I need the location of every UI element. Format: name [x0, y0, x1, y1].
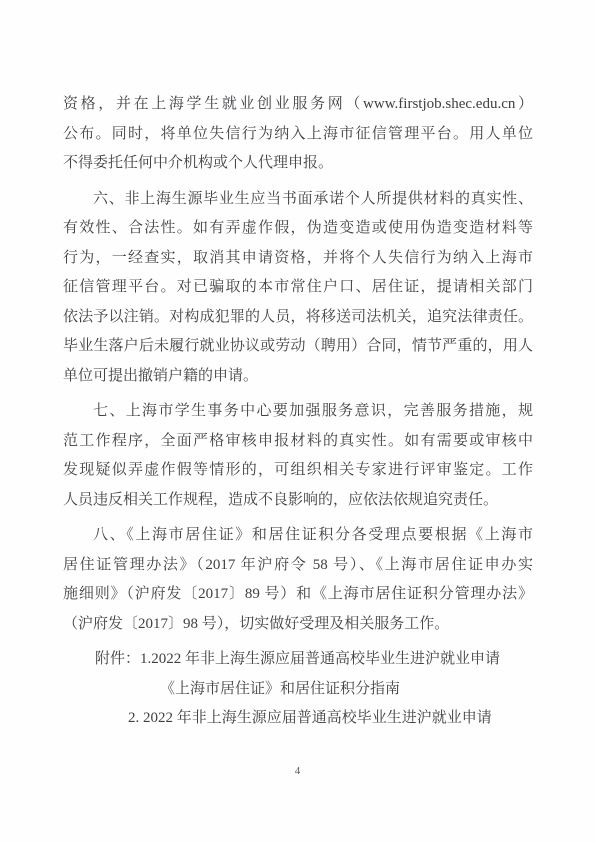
text-line: 有效性、合法性。如有弄虚作假，伪造变造或使用伪造变造材料等 — [63, 214, 533, 244]
text-line: 施细则》（沪府发〔2017〕89 号）和《上海市居住证积分管理办法》 — [63, 580, 533, 610]
document-page: 资格，并在上海学生就业创业服务网（www.firstjob.shec.edu.c… — [0, 0, 595, 842]
text-line: 公布。同时，将单位失信行为纳入上海市征信管理平台。用人单位 — [63, 120, 533, 150]
attachment-line: 附件：1.2022 年非上海生源应届普通高校毕业生进沪就业申请 — [63, 645, 533, 675]
text-line: 资格，并在上海学生就业创业服务网（www.firstjob.shec.edu.c… — [63, 90, 533, 120]
text-line: 不得委托任何中介机构或个人代理申报。 — [63, 149, 533, 179]
text-line: 毕业生落户后未履行就业协议或劳动（聘用）合同，情节严重的，用人 — [63, 332, 533, 362]
attachment-line: 《上海市居住证》和居住证积分指南 — [63, 675, 533, 705]
text-line: 人员违反相关工作规程，造成不良影响的，应依法依规追究责任。 — [63, 486, 533, 516]
text-line: 单位可提出撤销户籍的申请。 — [63, 362, 533, 392]
text-line: 范工作程序，全面严格审核申报材料的真实性。如有需要或审核中 — [63, 427, 533, 457]
paragraph-item-seven: 七、上海市学生事务中心要加强服务意识，完善服务措施，规 范工作程序，全面严格审核… — [63, 397, 533, 515]
document-body: 资格，并在上海学生就业创业服务网（www.firstjob.shec.edu.c… — [63, 90, 533, 734]
paragraph-item-eight: 八、《上海市居住证》和居住证积分各受理点要根据《上海市 居住证管理办法》（201… — [63, 521, 533, 639]
text-line: 六、非上海生源毕业生应当书面承诺个人所提供材料的真实性、 — [63, 185, 533, 215]
text-line: 依法予以注销。对构成犯罪的人员，将移送司法机关，追究法律责任。 — [63, 303, 533, 333]
text-line: 行为，一经查实，取消其申请资格，并将个人失信行为纳入上海市 — [63, 244, 533, 274]
text-line: 七、上海市学生事务中心要加强服务意识，完善服务措施，规 — [63, 397, 533, 427]
paragraph-item-six: 六、非上海生源毕业生应当书面承诺个人所提供材料的真实性、 有效性、合法性。如有弄… — [63, 185, 533, 392]
text-line: （沪府发〔2017〕98 号），切实做好受理及相关服务工作。 — [63, 610, 533, 640]
text-line: 居住证管理办法》（2017 年沪府令 58 号）、《上海市居住证申办实 — [63, 551, 533, 581]
attachment-line: 2. 2022 年非上海生源应届普通高校毕业生进沪就业申请 — [63, 704, 533, 734]
attachments-block: 附件：1.2022 年非上海生源应届普通高校毕业生进沪就业申请 《上海市居住证》… — [63, 645, 533, 734]
text-line: 发现疑似弄虚作假等情形的，可组织相关专家进行评审鉴定。工作 — [63, 456, 533, 486]
paragraph-continuation: 资格，并在上海学生就业创业服务网（www.firstjob.shec.edu.c… — [63, 90, 533, 179]
text-line: 八、《上海市居住证》和居住证积分各受理点要根据《上海市 — [63, 521, 533, 551]
page-number: 4 — [0, 764, 595, 778]
text-line: 征信管理平台。对已骗取的本市常住户口、居住证，提请相关部门 — [63, 273, 533, 303]
